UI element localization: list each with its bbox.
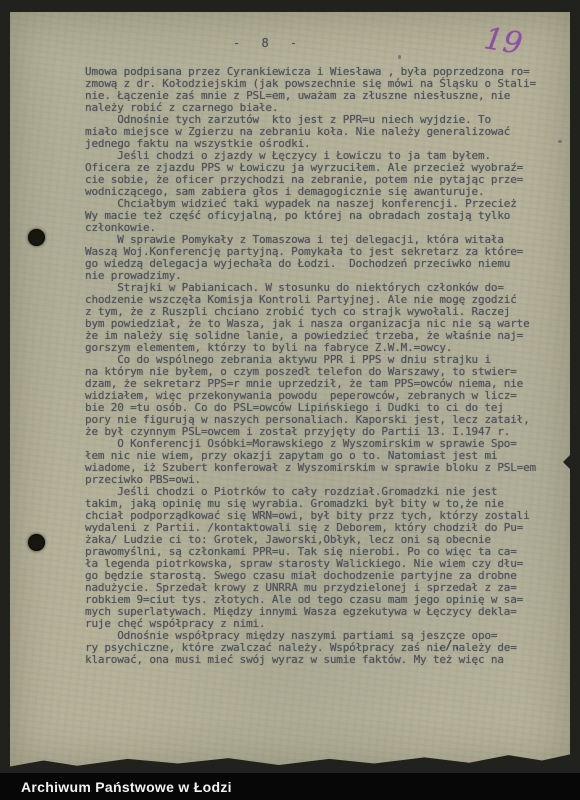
paper-edge-notch xyxy=(563,455,570,469)
handwritten-folio-number: 19 xyxy=(481,21,524,62)
hole-punch-bottom xyxy=(28,534,45,551)
archive-watermark-label: Archiwum Państwowe w Łodzi xyxy=(21,779,232,795)
archive-watermark-bar: Archiwum Państwowe w Łodzi xyxy=(0,773,580,800)
page-number: - 8 - xyxy=(233,36,304,50)
continuation-mark: ./. xyxy=(437,638,462,652)
typewritten-text: Umowa podpisana przez Cyrankiewicza i Wi… xyxy=(85,66,536,666)
ink-speck xyxy=(558,140,562,143)
document-page: - 8 - 19 Umowa podpisana przez Cyrankiew… xyxy=(10,12,570,768)
hole-punch-top xyxy=(28,229,45,246)
ink-speck xyxy=(398,55,401,59)
